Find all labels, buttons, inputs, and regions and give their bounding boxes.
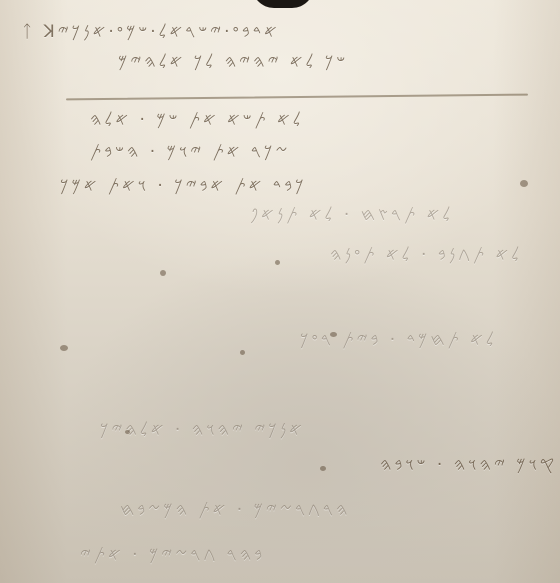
inscription-line-12: 𐤁𐤄𐤓 𐤂𐤓𐤆𐤉𐤌 · 𐤀𐤕𐤉 [80,545,265,565]
tablet-top-notch [252,0,314,8]
inscription-line-6: 𐤋𐤀 𐤕𐤓𐤑𐤇 · 𐤋𐤀 𐤕𐤍𐤀𐤐 [250,205,453,225]
stone-pit [520,180,528,187]
inscription-line-11: 𐤄𐤓𐤂𐤓𐤆𐤉𐤌 · 𐤀𐤕 𐤄𐤌𐤆𐤁𐤇 [120,500,350,520]
stone-pit [125,430,130,434]
stone-pit [320,466,326,471]
inscription-divider-line [66,94,528,101]
stone-pit [275,260,280,265]
inscription-line-9: 𐤀𐤍𐤊𐤉 𐤉𐤄𐤅𐤄 · 𐤀𐤋𐤄𐤉𐤊 [100,420,305,440]
inscription-line-2: 𐤔𐤊 𐤋𐤀 𐤉𐤄𐤉𐤄 𐤋𐤊 𐤀𐤋𐤄𐤉𐤌 [118,52,348,72]
inscription-line-10: 𐤒𐤅𐤌 𐤉𐤄𐤅𐤄 · 𐤔𐤅𐤁𐤄 [380,455,557,475]
inscription-line-4: 𐤆𐤊𐤓 𐤀𐤕 𐤉𐤅𐤌 · 𐤄𐤔𐤁𐤕 [90,142,291,162]
stone-tablet-photo: ᛏ ꓘ𐤀𐤃𐤁𐤏·𐤉𐤔𐤓𐤀𐤋·𐤔𐤌𐤏·𐤀𐤍𐤊𐤉 𐤔𐤊 𐤋𐤀 𐤉𐤄𐤉𐤄 𐤋𐤊 𐤀𐤋𐤄… [0,0,560,583]
stone-pit [330,332,337,337]
inscription-line-7: 𐤋𐤀 𐤕𐤂𐤍𐤁 · 𐤋𐤀 𐤕𐤏𐤍𐤄 [330,245,522,265]
stone-pit [160,270,166,276]
inscription-line-1: ᛏ ꓘ𐤀𐤃𐤁𐤏·𐤉𐤔𐤓𐤀𐤋·𐤔𐤌𐤏·𐤀𐤍𐤊𐤉 [22,22,280,42]
inscription-line-5: 𐤊𐤁𐤃 𐤀𐤕 𐤀𐤁𐤉𐤊 · 𐤅𐤀𐤕 𐤀𐤌𐤊 [60,176,307,196]
stone-pit [60,345,68,351]
inscription-line-3: 𐤋𐤀 𐤕𐤔𐤀 𐤀𐤕 𐤔𐤌 · 𐤀𐤋𐤄 [90,110,304,130]
stone-pit [240,350,245,355]
